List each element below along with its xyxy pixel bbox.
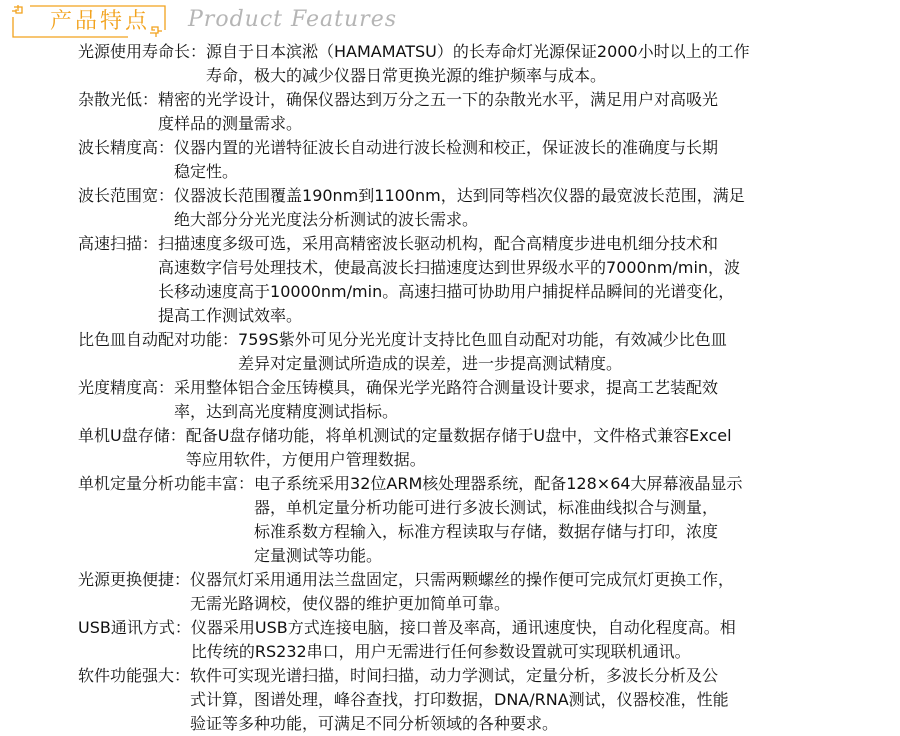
feature-item: 光源更换便捷：仪器氘灯采用通用法兰盘固定，只需两颗螺丝的操作便可完成氘灯更换工作… [78,568,838,616]
feature-description-line: 器，单机定量分析功能可进行多波长测试，标准曲线拟合与测量， [254,496,838,520]
feature-description-line: 仪器内置的光谱特征波长自动进行波长检测和校正，保证波长的准确度与长期 [174,136,838,160]
feature-item: 单机U盘存储：配备U盘存储功能，将单机测试的定量数据存储于U盘中，文件格式兼容E… [78,424,838,472]
feature-description-line: 率，达到高光度精度测试指标。 [174,400,838,424]
feature-description: 仪器氘灯采用通用法兰盘固定，只需两颗螺丝的操作便可完成氘灯更换工作，无需光路调校… [190,568,838,616]
feature-item: 波长范围宽：仪器波长范围覆盖190nm到1100nm，达到同等档次仪器的最宽波长… [78,184,838,232]
feature-description: 仪器采用USB方式连接电脑，接口普及率高，通讯速度快，自动化程度高。相比传统的R… [191,616,838,664]
feature-description-line: 比传统的RS232串口，用户无需进行任何参数设置就可实现联机通讯。 [191,640,838,664]
feature-item: 杂散光低：精密的光学设计，确保仪器达到万分之五一下的杂散光水平，满足用户对高吸光… [78,88,838,136]
feature-description-line: 定量测试等功能。 [254,544,838,568]
feature-label: 单机U盘存储： [78,424,186,472]
feature-description-line: 仪器波长范围覆盖190nm到1100nm，达到同等档次仪器的最宽波长范围，满足 [174,184,838,208]
feature-label: 软件功能强大： [78,664,190,736]
feature-description-line: 差异对定量测试所造成的误差，进一步提高测试精度。 [238,352,838,376]
feature-description: 软件可实现光谱扫描，时间扫描，动力学测试，定量分析，多波长分析及公式计算，图谱处… [190,664,838,736]
feature-label: 波长范围宽： [78,184,174,232]
feature-description: 精密的光学设计，确保仪器达到万分之五一下的杂散光水平，满足用户对高吸光度样品的测… [158,88,838,136]
feature-list: 光源使用寿命长：源自于日本滨淞（HAMAMATSU）的长寿命灯光源保证2000小… [78,40,838,736]
feature-item: 软件功能强大：软件可实现光谱扫描，时间扫描，动力学测试，定量分析，多波长分析及公… [78,664,838,736]
feature-description-line: 配备U盘存储功能，将单机测试的定量数据存储于U盘中，文件格式兼容Excel [186,424,838,448]
feature-description-line: 无需光路调校，使仪器的维护更加简单可靠。 [190,592,838,616]
feature-description: 配备U盘存储功能，将单机测试的定量数据存储于U盘中，文件格式兼容Excel等应用… [186,424,838,472]
feature-item: 波长精度高：仪器内置的光谱特征波长自动进行波长检测和校正，保证波长的准确度与长期… [78,136,838,184]
feature-description: 扫描速度多级可选，采用高精密波长驱动机构，配合高精度步进电机细分技术和高速数字信… [158,232,838,328]
feature-label: 波长精度高： [78,136,174,184]
feature-item: 高速扫描：扫描速度多级可选，采用高精密波长驱动机构，配合高精度步进电机细分技术和… [78,232,838,328]
section-title-en: Product Features [188,6,397,34]
feature-description-line: 精密的光学设计，确保仪器达到万分之五一下的杂散光水平，满足用户对高吸光 [158,88,838,112]
feature-label: 比色皿自动配对功能： [78,328,238,376]
feature-description-line: 绝大部分分光光度法分析测试的波长需求。 [174,208,838,232]
feature-label: 单机定量分析功能丰富： [78,472,254,568]
feature-description: 仪器波长范围覆盖190nm到1100nm，达到同等档次仪器的最宽波长范围，满足绝… [174,184,838,232]
feature-description-line: 验证等多种功能，可满足不同分析领域的各种要求。 [190,712,838,736]
feature-description: 759S紫外可见分光光度计支持比色皿自动配对功能，有效减少比色皿差异对定量测试所… [238,328,838,376]
feature-description-line: 稳定性。 [174,160,838,184]
title-frame: 产品特点 [10,3,165,35]
feature-label: USB通讯方式： [78,616,191,664]
feature-item: 单机定量分析功能丰富：电子系统采用32位ARM核处理器系统，配备128×64大屏… [78,472,838,568]
feature-item: 比色皿自动配对功能：759S紫外可见分光光度计支持比色皿自动配对功能，有效减少比… [78,328,838,376]
feature-item: 光源使用寿命长：源自于日本滨淞（HAMAMATSU）的长寿命灯光源保证2000小… [78,40,838,88]
feature-description-line: 长移动速度高于10000nm/min。高速扫描可协助用户捕捉样品瞬间的光谱变化， [158,280,838,304]
feature-description-line: 等应用软件，方便用户管理数据。 [186,448,838,472]
feature-item: USB通讯方式：仪器采用USB方式连接电脑，接口普及率高，通讯速度快，自动化程度… [78,616,838,664]
feature-label: 光源更换便捷： [78,568,190,616]
feature-label: 光度精度高： [78,376,174,424]
feature-description-line: 标准系数方程输入，标准方程读取与存储，数据存储与打印，浓度 [254,520,838,544]
feature-description-line: 软件可实现光谱扫描，时间扫描，动力学测试，定量分析，多波长分析及公 [190,664,838,688]
feature-item: 光度精度高：采用整体铝合金压铸模具，确保光学光路符合测量设计要求，提高工艺装配效… [78,376,838,424]
feature-description-line: 759S紫外可见分光光度计支持比色皿自动配对功能，有效减少比色皿 [238,328,838,352]
feature-label: 高速扫描： [78,232,158,328]
feature-description: 电子系统采用32位ARM核处理器系统，配备128×64大屏幕液晶显示器，单机定量… [254,472,838,568]
feature-description-line: 提高工作测试效率。 [158,304,838,328]
section-header: 产品特点 Product Features [0,0,900,42]
feature-label: 杂散光低： [78,88,158,136]
section-title-cn: 产品特点 [50,9,150,35]
feature-description-line: 仪器采用USB方式连接电脑，接口普及率高，通讯速度快，自动化程度高。相 [191,616,838,640]
feature-description-line: 高速数字信号处理技术，使最高波长扫描速度达到世界级水平的7000nm/min，波 [158,256,838,280]
feature-description: 源自于日本滨淞（HAMAMATSU）的长寿命灯光源保证2000小时以上的工作寿命… [206,40,838,88]
feature-description-line: 电子系统采用32位ARM核处理器系统，配备128×64大屏幕液晶显示 [254,472,838,496]
feature-description-line: 扫描速度多级可选，采用高精密波长驱动机构，配合高精度步进电机细分技术和 [158,232,838,256]
feature-description-line: 采用整体铝合金压铸模具，确保光学光路符合测量设计要求，提高工艺装配效 [174,376,838,400]
feature-description-line: 寿命，极大的减少仪器日常更换光源的维护频率与成本。 [206,64,838,88]
feature-description: 采用整体铝合金压铸模具，确保光学光路符合测量设计要求，提高工艺装配效率，达到高光… [174,376,838,424]
feature-description: 仪器内置的光谱特征波长自动进行波长检测和校正，保证波长的准确度与长期稳定性。 [174,136,838,184]
feature-description-line: 式计算，图谱处理，峰谷查找，打印数据，DNA/RNA测试，仪器校准，性能 [190,688,838,712]
feature-description-line: 度样品的测量需求。 [158,112,838,136]
feature-description-line: 仪器氘灯采用通用法兰盘固定，只需两颗螺丝的操作便可完成氘灯更换工作， [190,568,838,592]
feature-label: 光源使用寿命长： [78,40,206,88]
feature-description-line: 源自于日本滨淞（HAMAMATSU）的长寿命灯光源保证2000小时以上的工作 [206,40,838,64]
